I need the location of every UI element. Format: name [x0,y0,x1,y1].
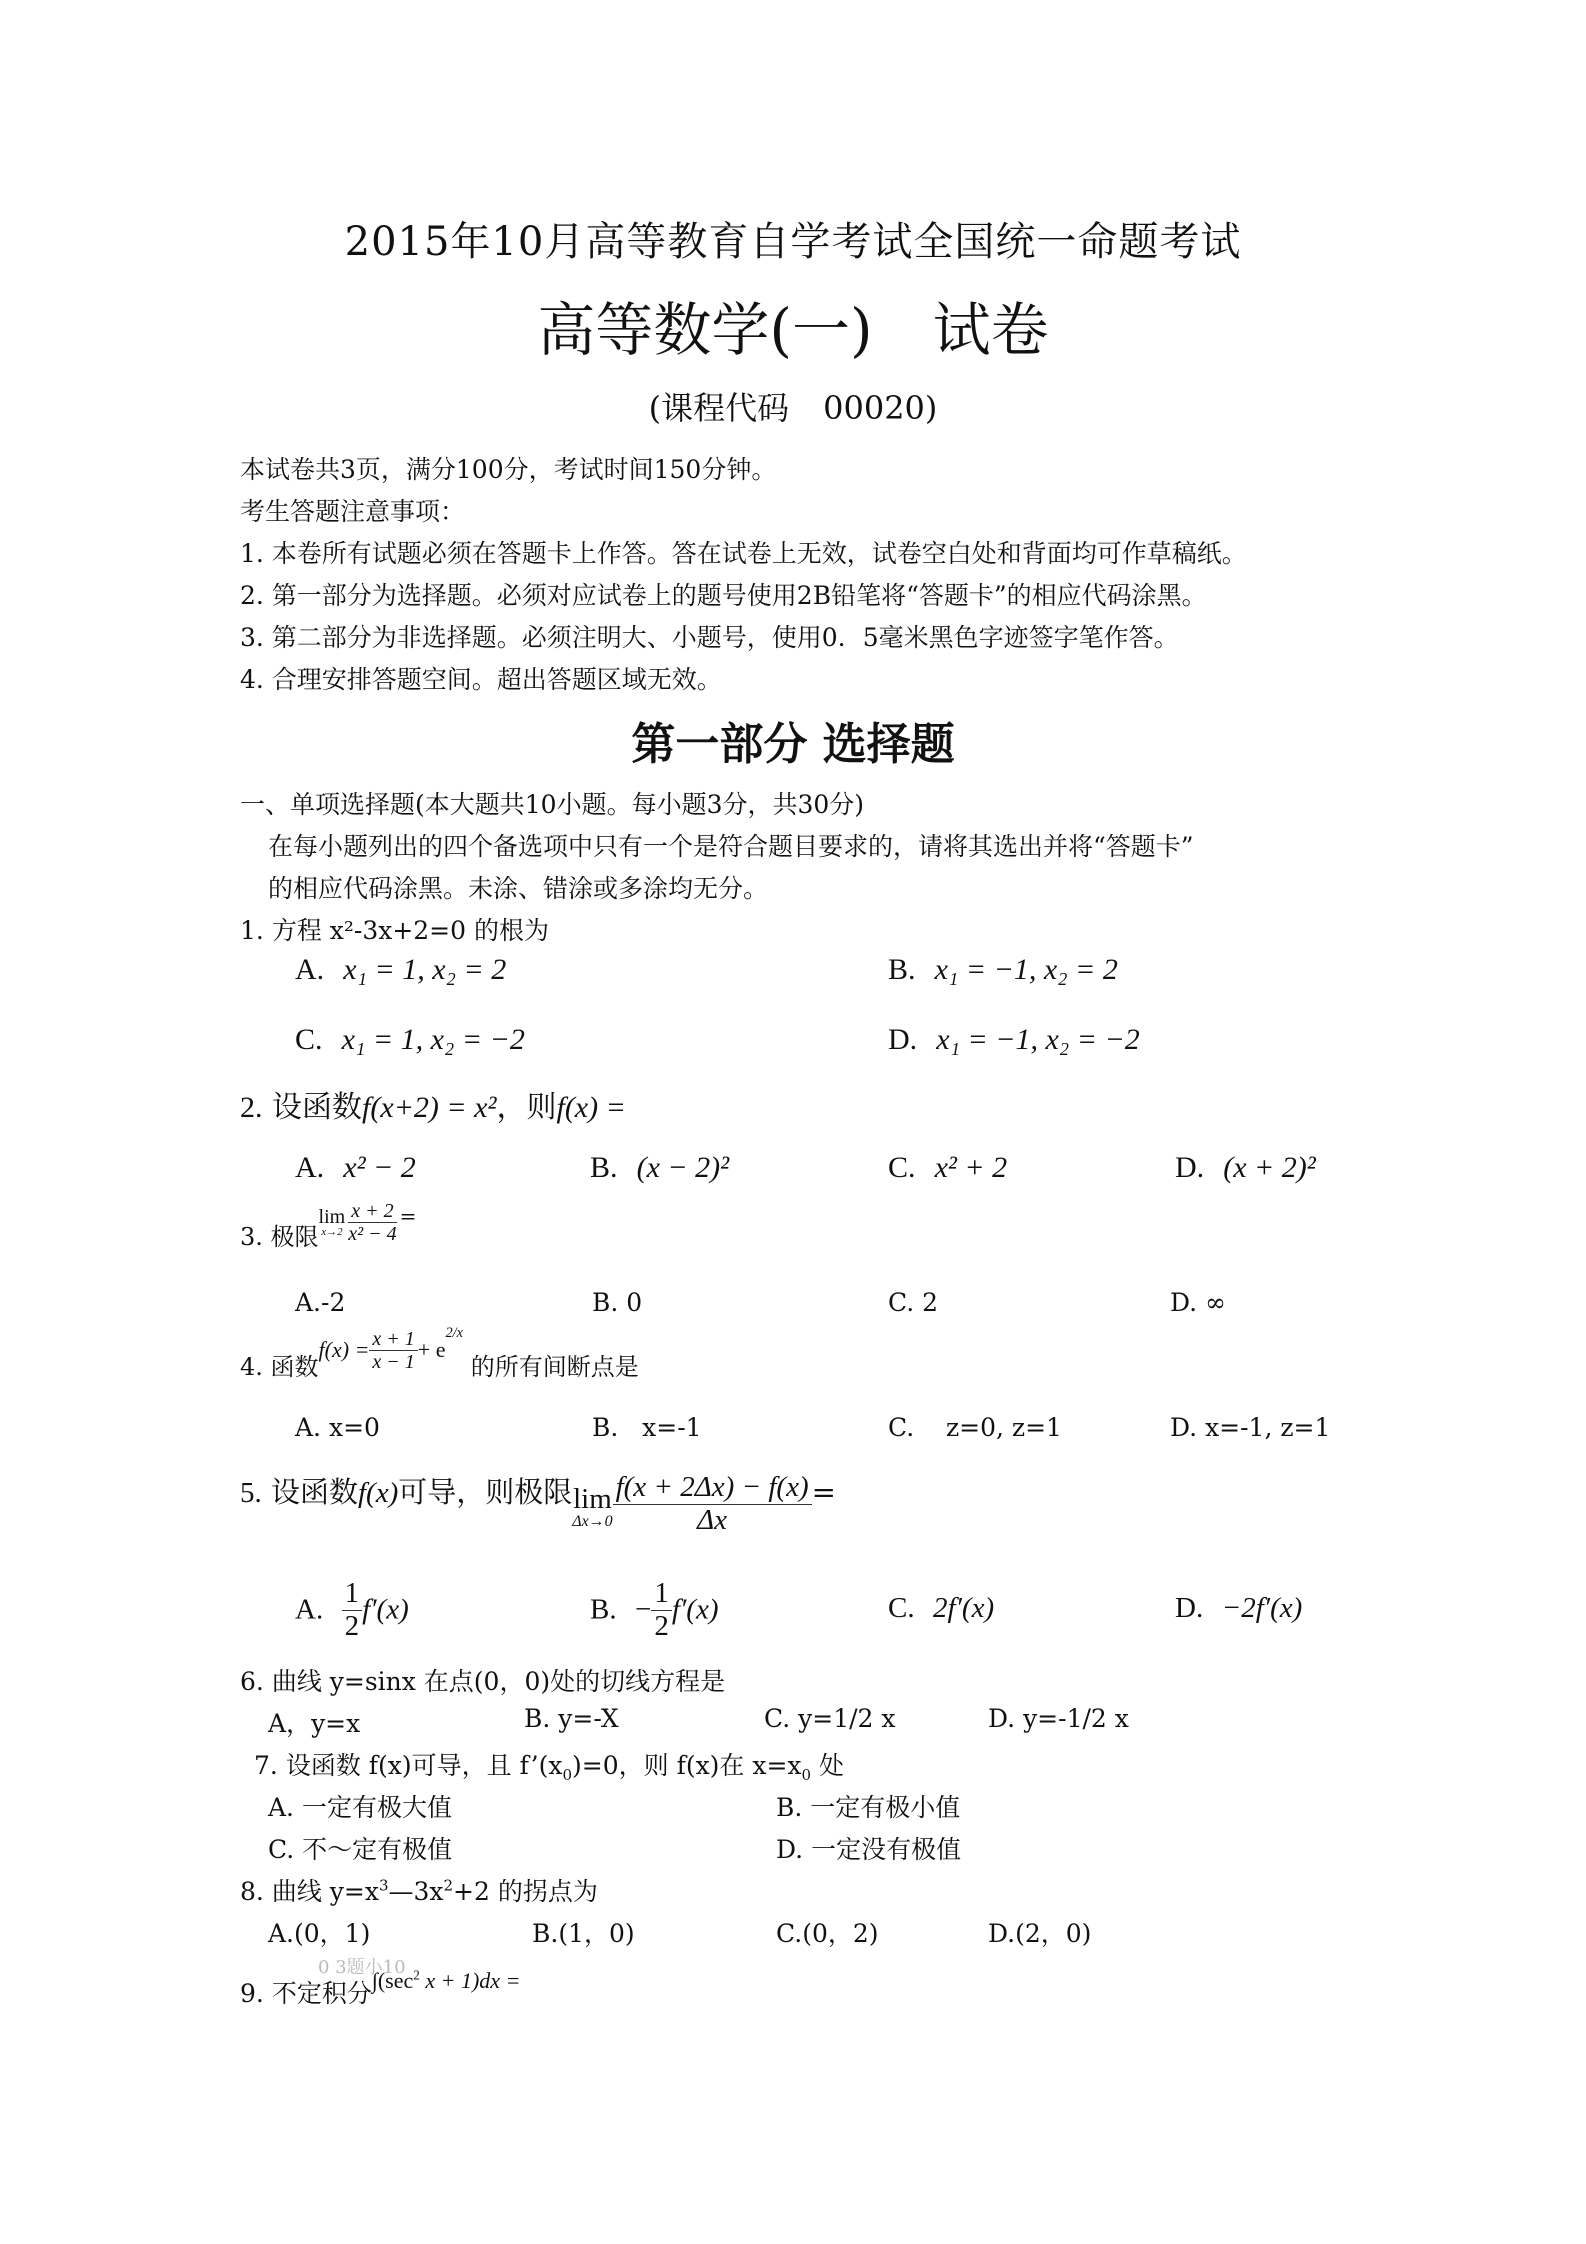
question-1: 1. 方程 x²-3x+2=0 的根为 [240,911,549,947]
q2-option-a[interactable]: A. x² − 2 [295,1150,416,1185]
note-3: 3. 第二部分为非选择题。必须注明大、小题号，使用0．5毫米黑色字迹签字笔作答。 [240,618,1179,654]
q7-option-c[interactable]: C. 不～定有极值 [268,1830,452,1866]
q3-option-d[interactable]: D. ∞ [1170,1288,1226,1317]
question-2: 2. 设函数f(x+2) = x²，则f(x) = [240,1082,626,1126]
q7-option-b[interactable]: B. 一定有极小值 [776,1788,960,1824]
q4-option-d[interactable]: D. x=-1, z=1 [1170,1413,1330,1442]
question-number: 7. [254,1751,278,1780]
paper-label: 试卷 [933,296,1049,364]
subject-name: 高等数学(一) [537,296,872,364]
question-7: 7. 设函数 f(x)可导，且 f’(x0)=0，则 f(x)在 x=x0 处 [254,1746,844,1784]
question-6: 6. 曲线 y=sinx 在点(0，0)处的切线方程是 [240,1662,725,1698]
subject-title: 高等数学(一)试卷 [0,283,1586,367]
q6-option-c[interactable]: C. y=1/2 x [764,1704,896,1733]
q6-option-b[interactable]: B. y=-X [524,1704,619,1733]
q8-option-a[interactable]: A.(0，1) [268,1914,370,1950]
part1-title: 第一部分 选择题 [0,708,1586,772]
function-fraction: x + 1x − 1 [369,1328,417,1373]
limit-operator: limx→2 [319,1206,346,1238]
question-number: 4. [240,1353,263,1381]
question-4: 4. 函数f(x) =x + 1x − 1+ e2/x 的所有间断点是 [240,1325,639,1382]
q2-option-d[interactable]: D. (x + 2)² [1175,1150,1316,1185]
q2-option-b[interactable]: B. (x − 2)² [590,1150,729,1185]
course-code: (课程代码00020) [0,383,1586,429]
question-8: 8. 曲线 y=x3—3x2+2 的拐点为 [240,1872,598,1908]
exam-summary: 本试卷共3页，满分100分，考试时间150分钟。 [240,450,776,486]
limit-operator: limΔx→0 [572,1483,612,1531]
section-desc-1: 在每小题列出的四个备选项中只有一个是符合题目要求的，请将其选出并将“答题卡” [268,827,1194,863]
question-number: 2. [240,1091,263,1124]
q1-option-c[interactable]: C. x₁ = 1, x₂ = −2 [295,1022,525,1057]
question-3: 3. 极限limx→2x + 2x² − 4= [240,1200,416,1252]
question-number: 3. [240,1223,263,1251]
question-number: 8. [240,1877,264,1906]
course-code-label: (课程代码 [649,389,790,427]
section-heading: 一、单项选择题(本大题共10小题。每小题3分，共30分) [240,785,864,821]
q6-option-a[interactable]: A，y=x [268,1704,360,1740]
q2-option-c[interactable]: C. x² + 2 [888,1150,1007,1185]
q1-option-b[interactable]: B. x₁ = −1, x₂ = 2 [888,952,1118,987]
q7-option-d[interactable]: D. 一定没有极值 [776,1830,961,1866]
question-number: 6. [240,1667,264,1696]
question-number: 5. [240,1477,262,1509]
limit-fraction: x + 2x² − 4 [345,1200,399,1245]
question-number: 9. [240,1979,264,2008]
question-stem: 方程 x²-3x+2=0 的根为 [272,916,549,945]
q4-option-b[interactable]: B. x=-1 [592,1413,702,1442]
q8-option-b[interactable]: B.(1，0) [532,1914,635,1950]
q1-option-a[interactable]: A. x₁ = 1, x₂ = 2 [295,952,506,987]
q5-option-d[interactable]: D. −2f′(x) [1175,1590,1302,1625]
q4-option-a[interactable]: A. x=0 [295,1413,380,1442]
q7-option-a[interactable]: A. 一定有极大值 [268,1788,452,1824]
q3-option-b[interactable]: B. 0 [592,1288,642,1317]
section-desc-2: 的相应代码涂黑。未涂、错涂或多涂均无分。 [268,869,768,905]
question-9: 9. 不定积分∫(sec2 x + 1)dx = [240,1965,520,2010]
q4-option-c[interactable]: C. z=0, z=1 [888,1413,1062,1442]
q3-option-c[interactable]: C. 2 [888,1288,938,1317]
note-4: 4. 合理安排答题空间。超出答题区域无效。 [240,660,722,696]
note-1: 1. 本卷所有试题必须在答题卡上作答。答在试卷上无效，试卷空白处和背面均可作草稿… [240,534,1247,570]
q5-option-c[interactable]: C. 2f′(x) [888,1590,994,1625]
notes-heading: 考生答题注意事项： [240,492,465,528]
q8-option-c[interactable]: C.(0，2) [776,1914,879,1950]
question-5: 5. 设函数f(x)可导，则极限limΔx→0f(x + 2Δx) − f(x)… [240,1470,836,1536]
course-code-value: 00020) [823,389,937,427]
limit-fraction: f(x + 2Δx) − f(x)Δx [613,1472,812,1537]
q8-option-d[interactable]: D.(2，0) [988,1914,1091,1950]
note-2: 2. 第一部分为选择题。必须对应试卷上的题号使用2B铅笔将“答题卡”的相应代码涂… [240,576,1207,612]
q1-option-d[interactable]: D. x₁ = −1, x₂ = −2 [888,1022,1140,1057]
q6-option-d[interactable]: D. y=-1/2 x [988,1704,1129,1733]
exam-line: 2015年10月高等教育自学考试全国统一命题考试 [0,210,1586,267]
integral-expression: ∫(sec2 x + 1)dx = [372,1968,521,1993]
q5-option-b[interactable]: B. −12f′(x) [590,1578,718,1643]
question-number: 1. [240,916,264,945]
q3-option-a[interactable]: A.-2 [295,1288,345,1317]
q5-option-a[interactable]: A. 12f′(x) [295,1578,409,1643]
